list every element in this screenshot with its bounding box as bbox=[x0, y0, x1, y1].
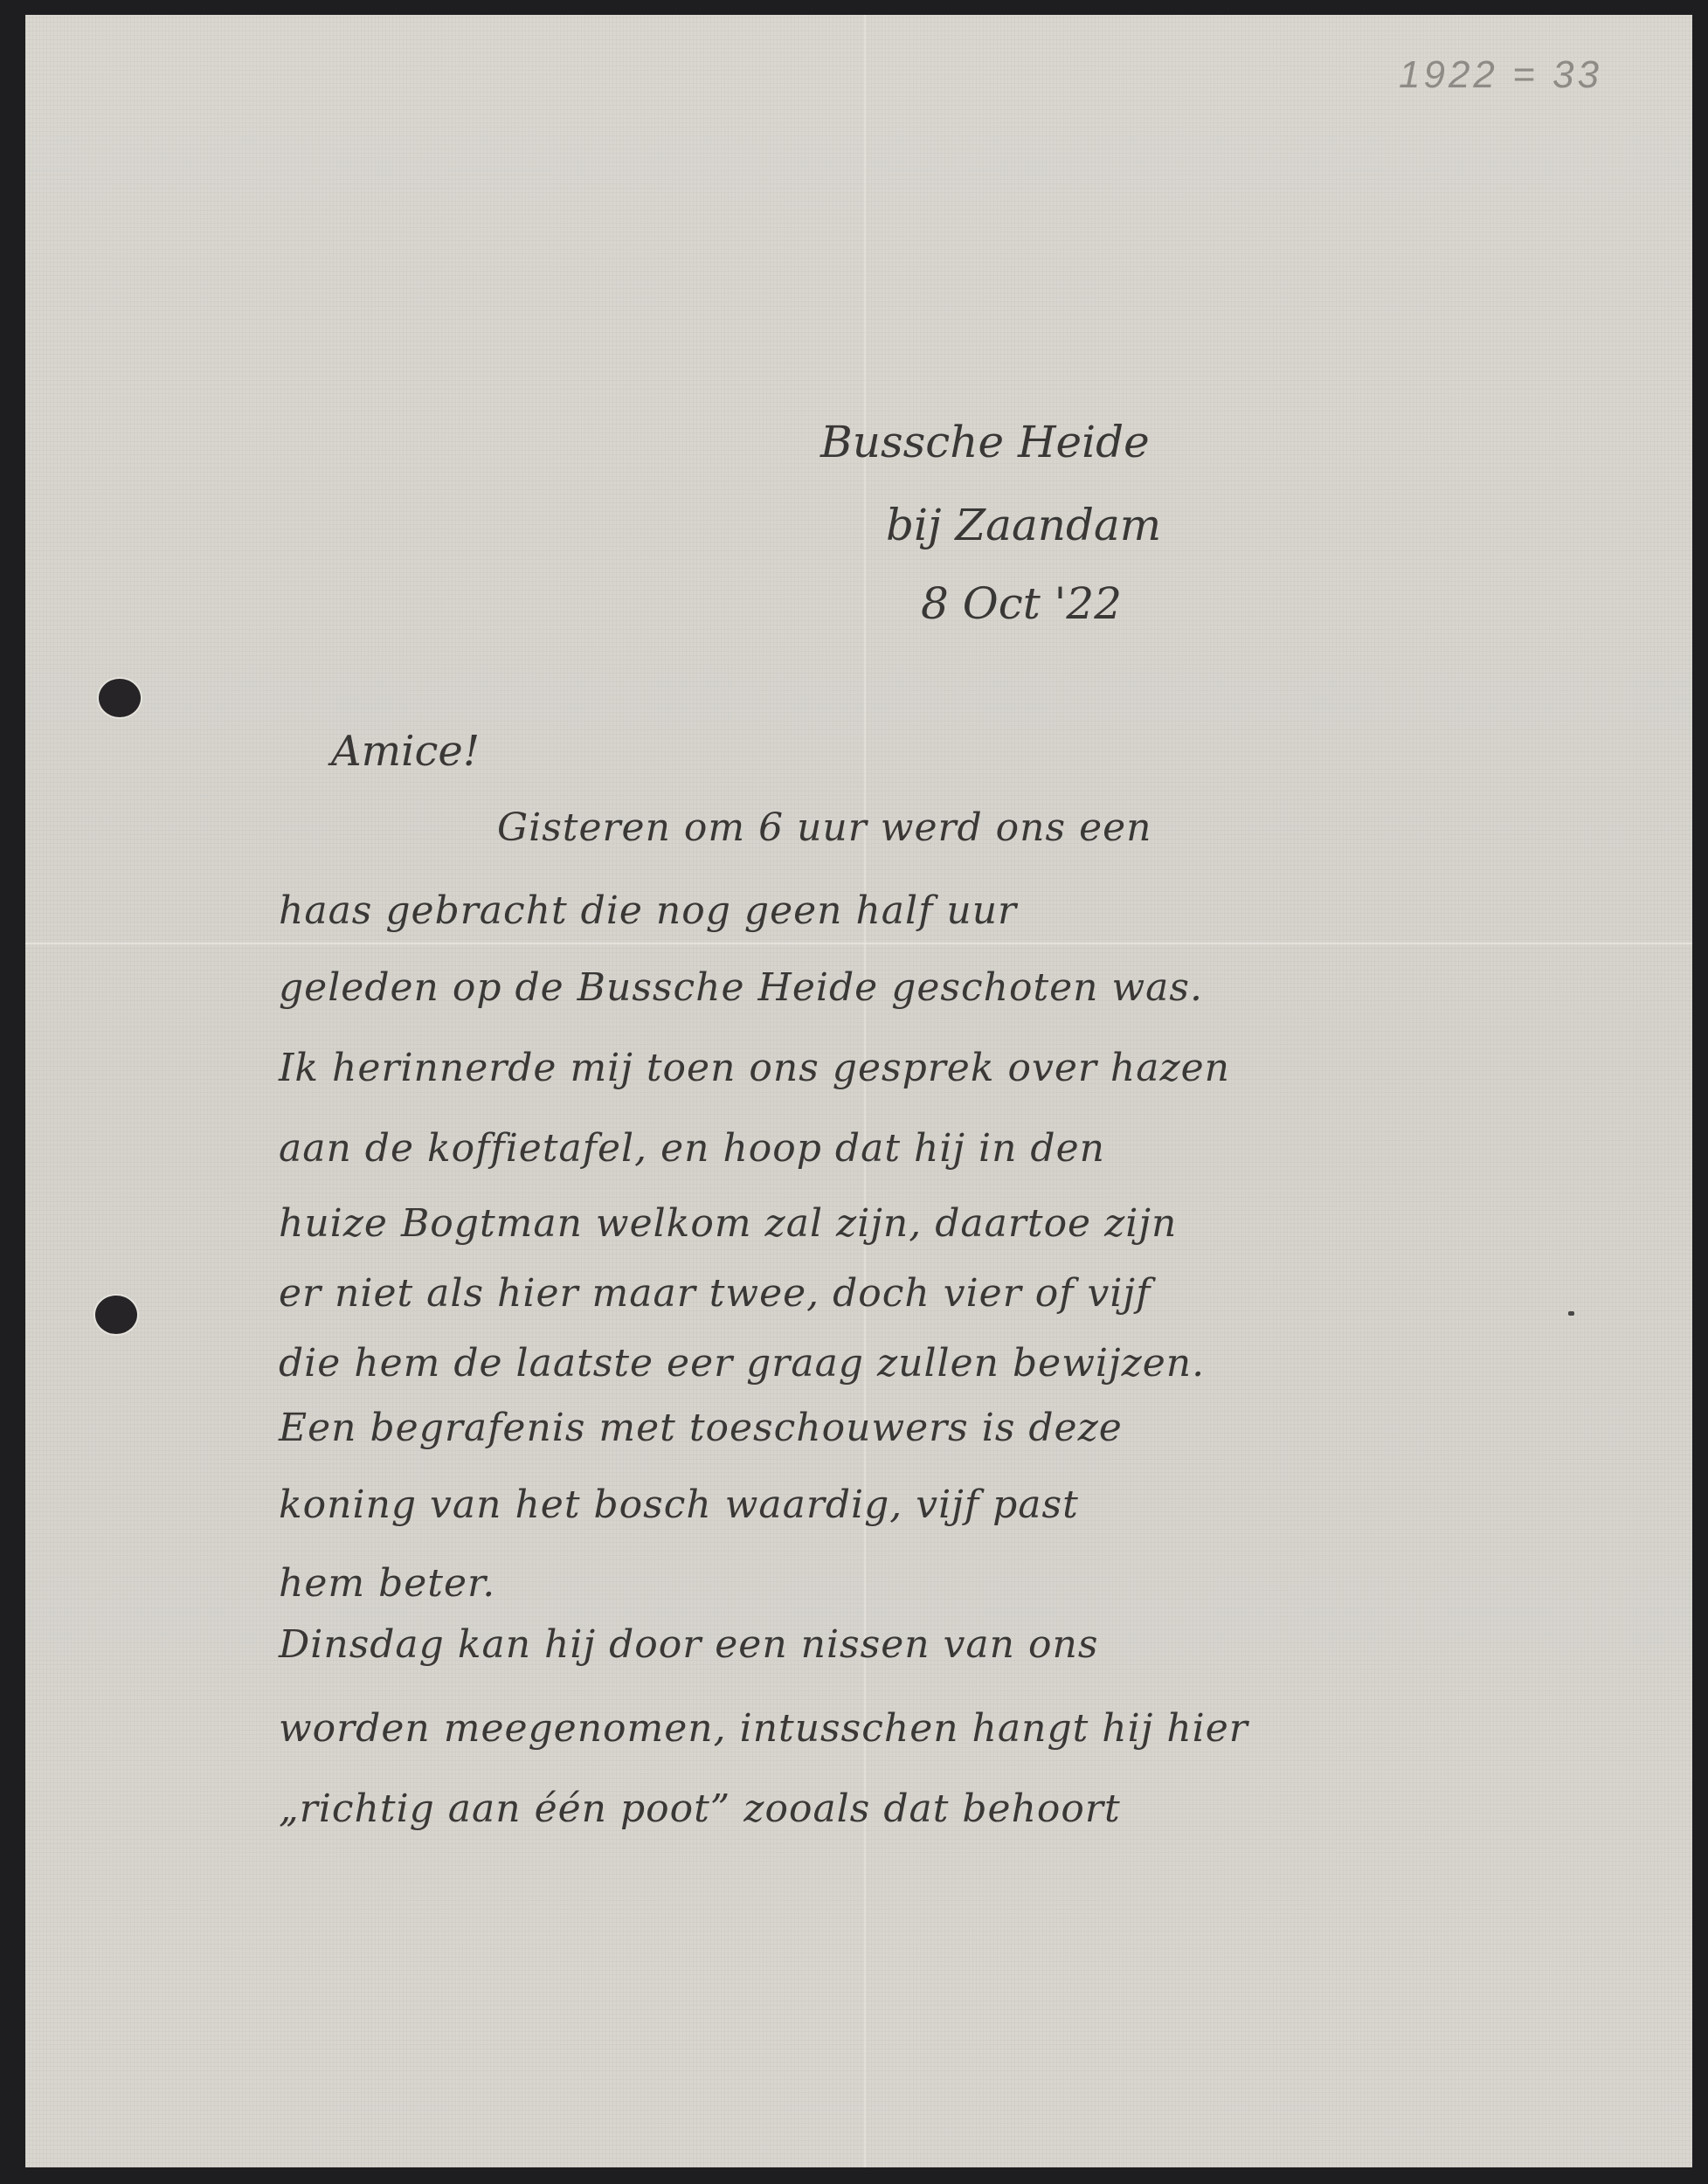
letter-date: 8 Oct '22 bbox=[921, 578, 1122, 629]
letter-line: Ik herinnerde mij toen ons gesprek over … bbox=[279, 1046, 1230, 1090]
letter-line: huize Bogtman welkom zal zijn, daartoe z… bbox=[279, 1201, 1177, 1246]
letter-line: die hem de laatste eer graag zullen bewi… bbox=[279, 1341, 1205, 1386]
letter-line: haas gebracht die nog geen half uur bbox=[279, 888, 1017, 933]
letter-place: Bussche Heide bbox=[820, 417, 1150, 467]
letter-salutation: Amice! bbox=[331, 727, 480, 776]
vertical-fold-line bbox=[864, 15, 866, 2167]
letter-page: 1922 = 33 Bussche Heide bij Zaandam 8 Oc… bbox=[25, 15, 1692, 2167]
letter-line: aan de koffietafel, en hoop dat hij in d… bbox=[279, 1126, 1105, 1171]
letter-line: hem beter. bbox=[279, 1561, 495, 1606]
letter-line: koning van het bosch waardig, vijf past bbox=[279, 1482, 1079, 1527]
letter-line: „richtig aan één poot” zooals dat behoor… bbox=[279, 1787, 1121, 1831]
letter-line: Gisteren om 6 uur werd ons een bbox=[497, 805, 1152, 850]
letter-line: Dinsdag kan hij door een nissen van ons bbox=[279, 1622, 1098, 1667]
letter-line: geleden op de Bussche Heide geschoten wa… bbox=[279, 965, 1203, 1010]
ink-speck bbox=[1568, 1311, 1574, 1316]
letter-location-detail: bij Zaandam bbox=[886, 500, 1161, 550]
letter-line: Een begrafenis met toeschouwers is deze bbox=[279, 1406, 1123, 1450]
letter-line: er niet als hier maar twee, doch vier of… bbox=[279, 1271, 1151, 1316]
horizontal-fold-line bbox=[25, 943, 1692, 944]
archive-number: 1922 = 33 bbox=[1399, 53, 1602, 97]
letter-line: worden meegenomen, intusschen hangt hij … bbox=[279, 1706, 1248, 1751]
punch-hole-icon bbox=[99, 679, 141, 717]
punch-hole-icon bbox=[95, 1296, 137, 1334]
